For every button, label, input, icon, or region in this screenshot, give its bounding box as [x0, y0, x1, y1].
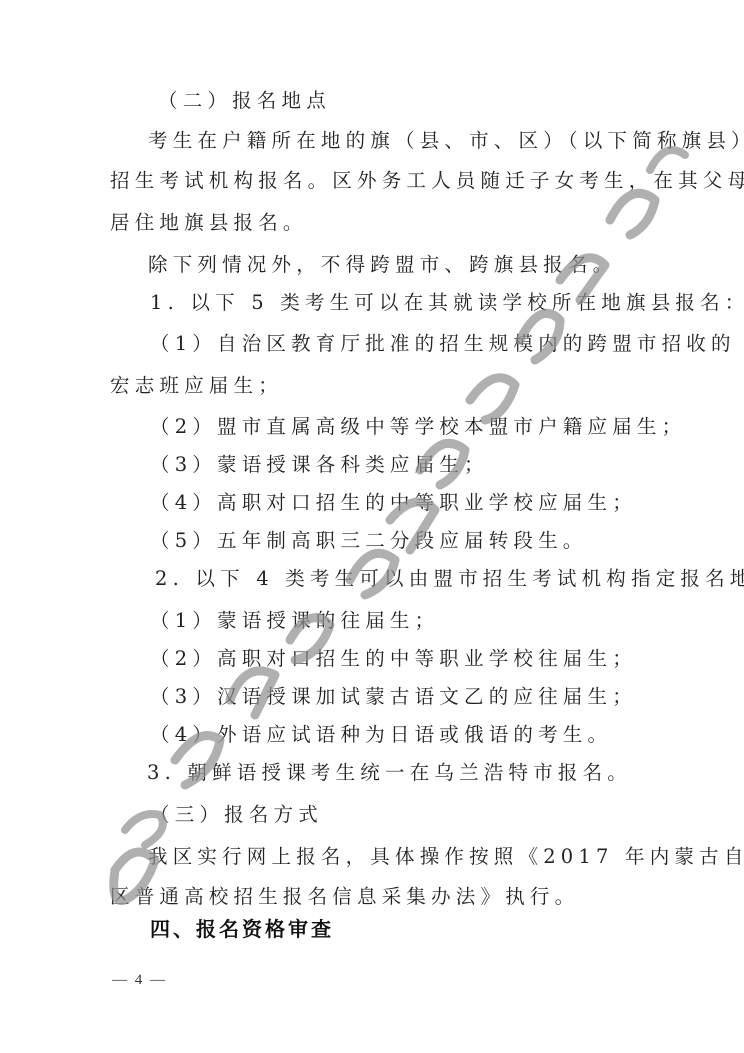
paragraph-line: 宏志班应届生；: [110, 373, 283, 399]
paragraph-line: 区普通高校招生报名信息采集办法》执行。: [110, 884, 579, 910]
paragraph-line: （5）五年制高职三二分段应届转段生。: [150, 528, 588, 554]
paragraph-line: （三）报名方式: [150, 802, 323, 828]
paragraph-line: （3）汉语授课加试蒙古语文乙的应往届生；: [150, 684, 637, 710]
sub-list-item: （1）自治区教育厅批准的招生规模内的跨盟市招收的: [150, 332, 736, 355]
text-line: 我区实行网上报名，具体操作按照《2017 年内蒙古自治: [148, 845, 744, 868]
sub-list-item: （3）蒙语授课各科类应届生；: [150, 453, 489, 476]
section-heading-text: 四、报名资格审查: [150, 917, 334, 941]
sub-list-item: （1）蒙语授课的往届生；: [150, 609, 439, 632]
paragraph-line: （1）蒙语授课的往届生；: [150, 608, 439, 634]
paragraph-line: 2. 以下 4 类考生可以由盟市招生考试机构指定报名地点：: [155, 566, 744, 592]
paragraph-line: （1）自治区教育厅批准的招生规模内的跨盟市招收的: [150, 331, 736, 357]
paragraph-line: （4）外语应试语种为日语或俄语的考生。: [150, 722, 612, 748]
paragraph-line: 考生在户籍所在地的旗（县、市、区）（以下简称旗县）: [148, 128, 744, 154]
paragraph-line: 3. 朝鲜语授课考生统一在乌兰浩特市报名。: [147, 760, 632, 786]
paragraph-line: 除下列情况外，不得跨盟市、跨旗县报名。: [148, 252, 617, 278]
text-line: 考生在户籍所在地的旗（县、市、区）（以下简称旗县）: [148, 129, 744, 152]
text-line: 居住地旗县报名。: [110, 211, 308, 234]
text-line: 区普通高校招生报名信息采集办法》执行。: [110, 885, 579, 908]
text-line: 除下列情况外，不得跨盟市、跨旗县报名。: [148, 253, 617, 276]
paragraph-line: （二）报名地点: [158, 88, 331, 114]
paragraph-line: 1. 以下 5 类考生可以在其就读学校所在地旗县报名：: [150, 290, 744, 316]
page-number: — 4 —: [112, 972, 167, 989]
subsection-heading-registration-location: （二）报名地点: [158, 89, 331, 112]
paragraph-line: （2）盟市直属高级中等学校本盟市户籍应届生；: [150, 414, 686, 440]
paragraph-line: （4）高职对口招生的中等职业学校应届生；: [150, 490, 637, 516]
list-item-3: 3. 朝鲜语授课考生统一在乌兰浩特市报名。: [147, 761, 632, 784]
section-heading: 四、报名资格审查: [150, 916, 334, 942]
sub-list-item: （4）外语应试语种为日语或俄语的考生。: [150, 723, 612, 746]
paragraph-line: 招生考试机构报名。区外务工人员随迁子女考生，在其父母: [110, 168, 744, 194]
document-page: （二）报名地点 考生在户籍所在地的旗（县、市、区）（以下简称旗县） 招生考试机构…: [0, 0, 744, 1053]
list-item-1: 1. 以下 5 类考生可以在其就读学校所在地旗县报名：: [150, 291, 744, 314]
subsection-heading-registration-method: （三）报名方式: [150, 803, 323, 826]
paragraph-line: 我区实行网上报名，具体操作按照《2017 年内蒙古自治: [148, 844, 744, 870]
paragraph-line: （2）高职对口招生的中等职业学校往届生；: [150, 646, 637, 672]
text-line: 宏志班应届生；: [110, 374, 283, 397]
sub-list-item: （2）盟市直属高级中等学校本盟市户籍应届生；: [150, 415, 686, 438]
list-item-2: 2. 以下 4 类考生可以由盟市招生考试机构指定报名地点：: [155, 567, 744, 590]
sub-list-item: （2）高职对口招生的中等职业学校往届生；: [150, 647, 637, 670]
sub-list-item: （4）高职对口招生的中等职业学校应届生；: [150, 491, 637, 514]
paragraph-line: 居住地旗县报名。: [110, 210, 308, 236]
paragraph-line: （3）蒙语授课各科类应届生；: [150, 452, 489, 478]
sub-list-item: （5）五年制高职三二分段应届转段生。: [150, 529, 588, 552]
sub-list-item: （3）汉语授课加试蒙古语文乙的应往届生；: [150, 685, 637, 708]
text-line: 招生考试机构报名。区外务工人员随迁子女考生，在其父母: [110, 169, 744, 192]
